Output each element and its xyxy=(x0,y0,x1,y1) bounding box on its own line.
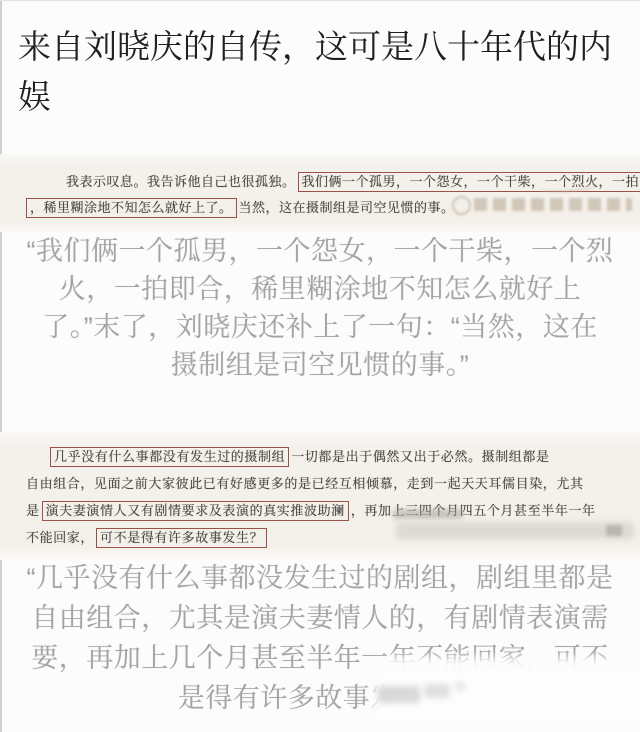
book-scan-excerpt-1: 我表示叹息。我告诉他自己也很孤独。我们俩一个孤男，一个怨女，一个干柴，一个烈火，… xyxy=(0,154,640,232)
smudge-remnant xyxy=(378,686,420,703)
excerpt-text: 一切都是出于偶然又出于必然。摄制组都是 xyxy=(291,449,549,464)
page-top-border xyxy=(0,0,640,1)
page-title: 来自刘晓庆的自传，这可是八十年代的内娱 xyxy=(18,22,626,122)
excerpt-text: ，再加上三四个月四五个月甚至半年一年 xyxy=(351,503,596,518)
body-quote-1: “我们俩一个孤男，一个怨女，一个干柴，一个烈 火，一拍即合，稀里糊涂地不知怎么就… xyxy=(0,232,640,384)
excerpt-text: 我表示叹息。我告诉他自己也很孤独。 xyxy=(66,174,296,189)
excerpt-line: 自由组合，见面之前大家彼此已有好感更多的是已经互相倾慕，走到一起天天耳儒目染，尤… xyxy=(0,470,640,497)
quote-line: 摄制组是司空见惯的事。” xyxy=(0,346,640,384)
book-scan-excerpt-2: 几乎没有什么事都没有发生过的摄制组一切都是出于偶然又出于必然。摄制组都是 自由组… xyxy=(0,432,640,560)
excerpt-text: 当然，这在摄制组是司空见惯的事。 xyxy=(239,200,455,215)
quote-line: “我们俩一个孤男，一个怨女，一个干柴，一个烈 xyxy=(0,232,640,270)
watermark-text-blur xyxy=(474,198,632,211)
excerpt-text: 自由组合，见面之前大家彼此已有好感更多的是已经互相倾慕，走到一起天天耳儒目染，尤… xyxy=(26,476,584,491)
highlighted-passage: 演夫妻演情人又有剧情要求及表演的真实推波助澜 xyxy=(42,501,349,521)
smudge-remnant xyxy=(455,682,465,690)
watermark-logo-icon xyxy=(452,196,471,215)
quote-line: 自由组合，尤其是演夫妻情人的，有剧情表演需 xyxy=(0,598,640,638)
quote-line: 了。”末了，刘晓庆还补上了一句：“当然，这在 xyxy=(0,308,640,346)
excerpt-text: 是 xyxy=(26,503,40,518)
watermark-text-blur xyxy=(396,522,634,539)
watermark-mark xyxy=(606,525,622,536)
highlighted-passage: ，稀里糊涂地不知怎么就好上了。 xyxy=(26,198,237,218)
highlighted-passage: 可不是得有许多故事发生？ xyxy=(96,528,267,548)
excerpt-line: 几乎没有什么事都没有发生过的摄制组一切都是出于偶然又出于必然。摄制组都是 xyxy=(0,443,640,470)
excerpt-text: 不能回家， xyxy=(26,530,94,545)
highlighted-passage: 几乎没有什么事都没有发生过的摄制组 xyxy=(50,447,289,467)
quote-line: “几乎没有什么事都没发生过的剧组，剧组里都是 xyxy=(0,558,640,598)
watermark-text-blur xyxy=(393,509,463,519)
body-quote-2: “几乎没有什么事都没发生过的剧组，剧组里都是 自由组合，尤其是演夫妻情人的，有剧… xyxy=(0,558,640,718)
excerpt-line: 是演夫妻演情人又有剧情要求及表演的真实推波助澜，再加上三四个月四五个月甚至半年一… xyxy=(0,497,640,524)
smudge-remnant xyxy=(424,684,450,698)
quote-line: 火，一拍即合，稀里糊涂地不知怎么就好上 xyxy=(0,270,640,308)
